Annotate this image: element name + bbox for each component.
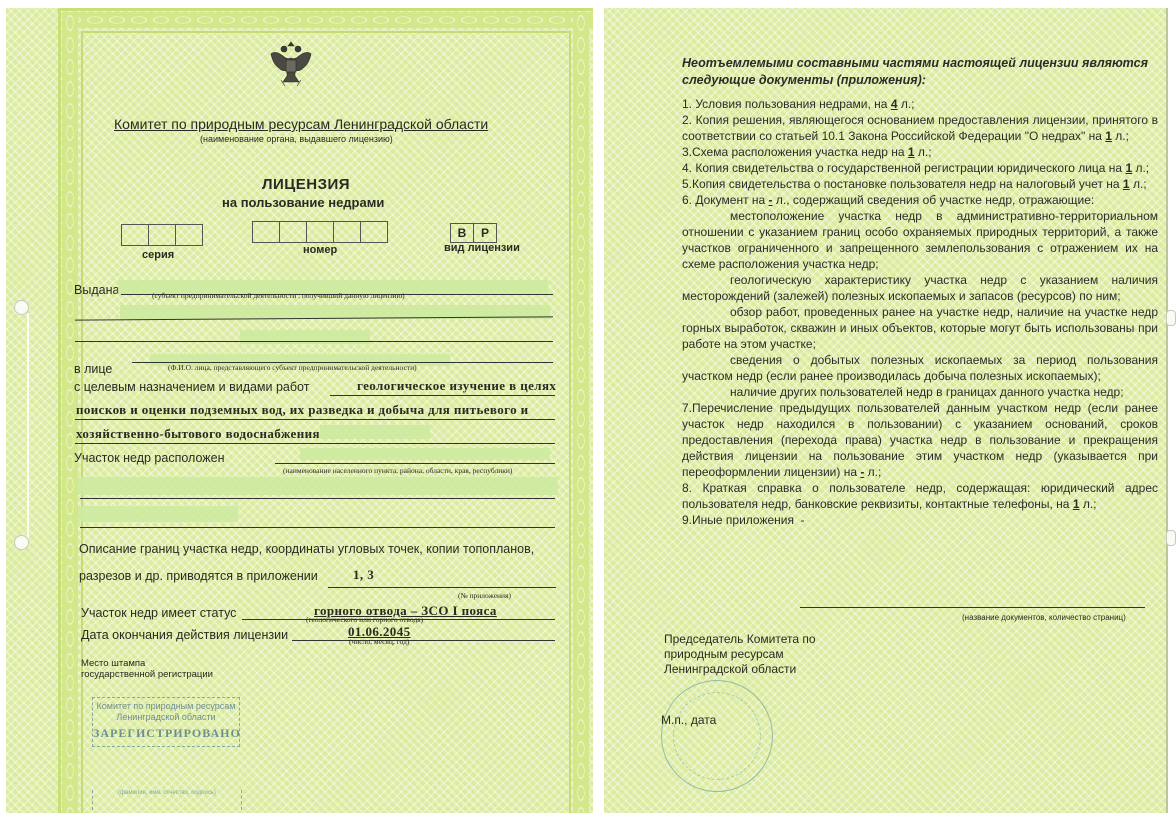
license-subtitle: на пользование недрами (222, 195, 384, 210)
license-type-cell: Р (473, 223, 497, 243)
appendix-caption: (№ приложения) (458, 591, 511, 600)
expiry-label: Дата окончания действия лицензии (81, 628, 288, 642)
issued-to-label: Выдана (74, 283, 119, 297)
represented-by-caption: (Ф.И.О. лица, представляющего субъект пр… (168, 363, 417, 372)
stamp-org-line: Ленинградской области (93, 712, 239, 723)
other-appendices-caption: (название документов, количество страниц… (962, 613, 1126, 622)
purpose-value: геологическое изучение в целях (357, 378, 556, 394)
decorative-border-right (573, 12, 589, 813)
number-cell (306, 221, 334, 243)
appendix-item: 8. Краткая справка о пользователе недр, … (682, 480, 1158, 512)
stamp-status: ЗАРЕГИСТРИРОВАНО (93, 728, 239, 739)
appendix-item: 9.Иные приложения - (682, 512, 1158, 528)
redacted-block (320, 425, 430, 439)
binding-hole-icon (1166, 310, 1176, 326)
appendix-item: 1. Условия пользования недрами, на 4 л.; (682, 96, 1158, 112)
field-line (328, 587, 556, 588)
represented-by-label: в лице (74, 362, 112, 376)
appendix-item: 7.Перечисление предыдущих пользователей … (682, 400, 1158, 480)
number-cell (252, 221, 280, 243)
location-label: Участок недр расположен (74, 451, 225, 465)
purpose-label: с целевым назначением и видами работ (74, 380, 309, 394)
appendix-item: 3.Схема расположения участка недр на 1 л… (682, 144, 1158, 160)
appendix-heading: Неотъемлемыми составными частями настоящ… (682, 55, 1158, 89)
stamp-footer: (фамилия, имя, отчество, подпись) (92, 790, 242, 810)
appendix-subitem: местоположение участка недр в администра… (682, 208, 1158, 272)
seal-date-label: М.п., дата (661, 713, 716, 727)
signatory-title: Председатель Комитета по природным ресур… (664, 632, 824, 677)
appendix-item: 4. Копия свидетельства о государственной… (682, 160, 1158, 176)
appendix-subitem: сведения о добытых полезных ископаемых з… (682, 352, 1158, 384)
appendix-subitem: геологическую характеристику участка нед… (682, 272, 1158, 304)
number-label: номер (303, 244, 337, 256)
decorative-border-top (62, 12, 593, 28)
appendix-subitem: наличие других пользователей недр в гран… (682, 384, 1158, 400)
issuer-name: Комитет по природным ресурсам Ленинградс… (114, 116, 488, 132)
binding-hole-icon (1166, 530, 1176, 546)
number-cell (279, 221, 307, 243)
number-cells (253, 221, 388, 243)
license-title: ЛИЦЕНЗИЯ (262, 176, 350, 193)
license-type-label: вид лицензии (444, 242, 520, 254)
status-label: Участок недр имеет статус (81, 606, 236, 620)
description-text: Описание границ участка недр, координаты… (79, 542, 534, 556)
license-type-cells: В Р (451, 223, 497, 243)
binding-string (27, 313, 29, 538)
binding-hole-icon (14, 535, 29, 550)
redacted-block (78, 506, 238, 522)
field-line (800, 607, 1145, 608)
appendix-subitem: обзор работ, проведенных ранее на участк… (682, 304, 1158, 352)
expiry-caption: (число, месяц, год) (349, 637, 409, 646)
series-cell (148, 224, 176, 246)
registration-stamp: Комитет по природным ресурсам Ленинградс… (92, 697, 240, 747)
appendix-value: 1, 3 (353, 567, 374, 583)
field-line (75, 341, 553, 342)
coat-of-arms-icon (267, 40, 315, 90)
number-cell (333, 221, 361, 243)
purpose-value: хозяйственно-бытового водоснабжения (76, 426, 320, 442)
series-cell (175, 224, 203, 246)
purpose-value: поисков и оценки подземных вод, их разве… (76, 402, 529, 418)
field-line (80, 527, 555, 528)
field-line (330, 395, 555, 396)
appendix-list: 1. Условия пользования недрами, на 4 л.;… (682, 96, 1158, 528)
field-line (75, 443, 555, 444)
number-cell (360, 221, 388, 243)
stamp-org-line: Комитет по природным ресурсам (93, 701, 239, 712)
license-type-cell: В (450, 223, 474, 243)
stamp-footer-caption: (фамилия, имя, отчество, подпись) (118, 790, 216, 796)
issued-to-caption: (субъект предпринимательской деятельност… (152, 291, 405, 300)
issuer-caption: (наименование органа, выдавшего лицензию… (200, 134, 393, 144)
official-seal-inner-ring (673, 692, 761, 780)
series-cell (121, 224, 149, 246)
field-line (275, 463, 555, 464)
inner-frame (81, 31, 571, 813)
field-line (292, 640, 555, 641)
appendix-item: 5.Копия свидетельства о постановке польз… (682, 176, 1158, 192)
redacted-block (300, 448, 550, 460)
location-caption: (наименование населенного пункта, района… (283, 466, 512, 475)
series-cells (122, 224, 203, 246)
field-line (75, 419, 555, 420)
series-label: серия (142, 249, 174, 261)
field-line (80, 498, 555, 499)
redacted-block (78, 477, 558, 495)
appendix-item: 2. Копия решения, являющегося основанием… (682, 112, 1158, 144)
status-caption: (геологического или горного отвода) (306, 615, 423, 624)
stamp-place-label: государственной регистрации (81, 669, 213, 680)
appendix-item: 6. Документ на - л., содержащий сведения… (682, 192, 1158, 208)
description-text: разрезов и др. приводятся в приложении (79, 569, 318, 583)
stamp-place-label: Место штампа (81, 658, 145, 669)
